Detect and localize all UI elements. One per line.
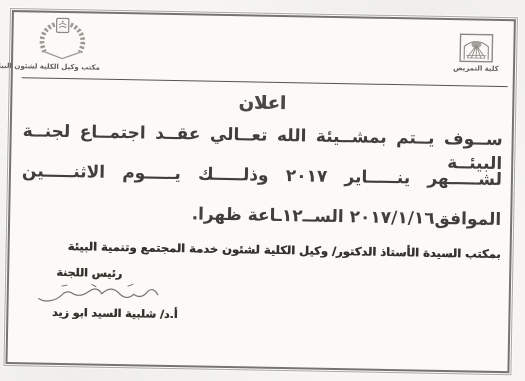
document-frame: مكتب وكيل الكلية لشئون البيئة كلية التمر… [3, 8, 517, 375]
nursing-college-emblem-icon [444, 33, 509, 64]
body-line-3: الموافق٢٠١٧/١/١٦ الســ١٢ـاعة ظهرا. [21, 199, 501, 232]
handwritten-signature-icon [18, 280, 178, 307]
header-divider [22, 77, 508, 87]
document-content: مكتب وكيل الكلية لشئون البيئة كلية التمر… [4, 9, 516, 374]
signature-name: أ.د/ شلبية السيد ابو زيد [17, 305, 177, 321]
left-logo-caption: مكتب وكيل الكلية لشئون البيئة [24, 62, 100, 72]
right-logo-caption: كلية التمريض [444, 64, 508, 74]
announcement-title: اعلان [9, 88, 515, 118]
signature-block: رئيس اللجنة أ.د/ شلبية السيد ابو زيد [17, 265, 178, 321]
body-line-4: بمكتب السيدة الأستاذ الدكتور/ وكيل الكلي… [21, 237, 501, 262]
left-logo-block: مكتب وكيل الكلية لشئون البيئة [24, 15, 101, 72]
right-logo-block: كلية التمريض [444, 33, 509, 74]
university-wreath-emblem-icon [24, 15, 101, 62]
signature-role: رئيس اللجنة [18, 265, 160, 281]
